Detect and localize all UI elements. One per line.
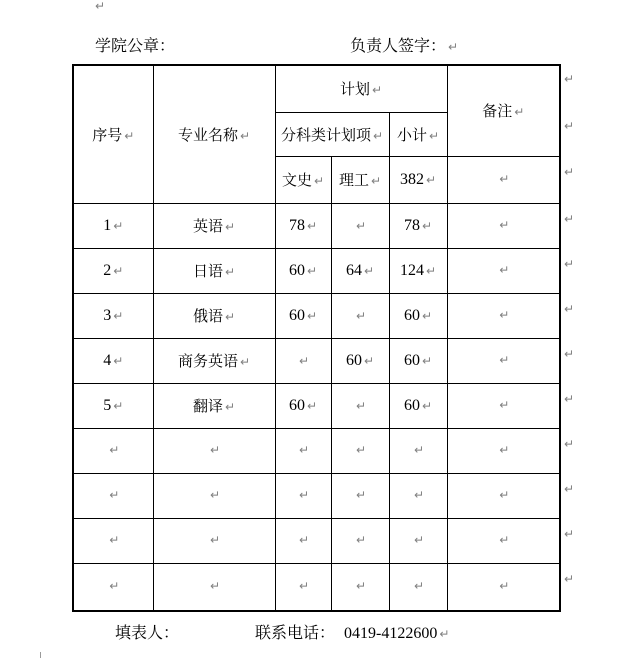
header-cell-no[interactable]: 序号↵: [73, 65, 153, 203]
paragraph-mark: ↵: [422, 399, 432, 413]
paragraph-mark: ↵: [414, 488, 424, 502]
no-value: 3: [103, 307, 111, 324]
paragraph-mark: ↵: [210, 579, 220, 593]
cell-no[interactable]: ↵: [73, 473, 153, 518]
paragraph-mark: ↵: [307, 219, 317, 233]
cell-arts[interactable]: ↵: [275, 518, 331, 563]
cell-major[interactable]: 英语↵: [153, 203, 275, 248]
col-arts-label: 文史: [282, 173, 312, 189]
paragraph-mark: ↵: [356, 443, 366, 457]
cell-subtotal[interactable]: 60↵: [389, 293, 447, 338]
header-cell-remark[interactable]: 备注↵: [447, 65, 560, 156]
header-cell-science[interactable]: 理工↵: [331, 156, 389, 203]
major-value: 翻译: [193, 399, 223, 415]
col-subplan-label: 分科类计划项: [281, 128, 371, 144]
cell-remark[interactable]: ↵: [447, 293, 560, 338]
cell-no[interactable]: 2↵: [73, 248, 153, 293]
cell-subtotal[interactable]: 60↵: [389, 383, 447, 428]
cell-remark[interactable]: ↵: [447, 563, 560, 611]
paragraph-mark: ↵: [422, 309, 432, 323]
paragraph-mark: ↵: [499, 443, 509, 457]
cell-science[interactable]: ↵: [331, 428, 389, 473]
col-remark-label: 备注: [482, 104, 512, 120]
paragraph-mark: ↵: [356, 219, 366, 233]
footer-phone-label: 联系电话：: [255, 625, 335, 642]
paragraph-mark: ↵: [299, 579, 309, 593]
paragraph-mark: ↵: [225, 400, 235, 414]
cell-no[interactable]: 5↵: [73, 383, 153, 428]
no-value: 1: [103, 217, 111, 234]
table-row: 1↵ 英语↵ 78↵ ↵ 78↵ ↵: [73, 203, 560, 248]
cell-subtotal[interactable]: ↵: [389, 473, 447, 518]
subtotal-value: 78: [404, 217, 420, 234]
paragraph-mark: ↵: [307, 264, 317, 278]
cell-major[interactable]: ↵: [153, 518, 275, 563]
table-row-empty: ↵ ↵ ↵ ↵ ↵ ↵: [73, 518, 560, 563]
header-cell-major[interactable]: 专业名称↵: [153, 65, 275, 203]
paragraph-mark: ↵: [314, 174, 324, 188]
cell-arts[interactable]: ↵: [275, 563, 331, 611]
cell-arts[interactable]: 78↵: [275, 203, 331, 248]
subtotal-value: 60: [404, 397, 420, 414]
paragraph-mark: ↵: [414, 579, 424, 593]
row-end-mark: ↵: [564, 166, 574, 178]
paragraph-mark: ↵: [499, 172, 509, 186]
paragraph-mark: ↵: [514, 105, 524, 119]
major-value: 俄语: [193, 309, 223, 325]
paragraph-mark: ↵: [113, 309, 123, 323]
cell-no[interactable]: ↵: [73, 518, 153, 563]
paragraph-mark: ↵: [356, 309, 366, 323]
enrollment-plan-table: 序号↵ 专业名称↵ 计划↵ 备注↵ 分科类计划项↵ 小计↵ 文史↵ 理工↵ 38…: [72, 64, 561, 612]
paragraph-mark: ↵: [414, 533, 424, 547]
paragraph-mark: ↵: [307, 399, 317, 413]
header-cell-arts[interactable]: 文史↵: [275, 156, 331, 203]
cell-subtotal[interactable]: 60↵: [389, 338, 447, 383]
row-end-mark: ↵: [564, 573, 574, 585]
paragraph-mark: ↵: [299, 443, 309, 457]
cell-arts[interactable]: ↵: [275, 428, 331, 473]
paragraph-mark: ↵: [225, 265, 235, 279]
cell-no[interactable]: 1↵: [73, 203, 153, 248]
paragraph-mark: ↵: [113, 354, 123, 368]
paragraph-mark: ↵: [299, 354, 309, 368]
row-end-mark: ↵: [564, 73, 574, 85]
paragraph-mark: ↵: [113, 219, 123, 233]
cell-subtotal[interactable]: ↵: [389, 518, 447, 563]
cell-science[interactable]: ↵: [331, 293, 389, 338]
paragraph-mark: ↵: [307, 309, 317, 323]
paragraph-mark: ↵: [210, 488, 220, 502]
footer-line[interactable]: 填表人： 联系电话：0419-4122600↵: [0, 620, 618, 642]
cell-major[interactable]: 翻译↵: [153, 383, 275, 428]
col-no-label: 序号: [92, 128, 122, 144]
cell-science[interactable]: ↵: [331, 518, 389, 563]
paragraph-mark: ↵: [499, 353, 509, 367]
cell-no[interactable]: ↵: [73, 428, 153, 473]
arts-value: 60: [289, 307, 305, 324]
paragraph-mark: ↵: [356, 399, 366, 413]
paragraph-mark: ↵: [210, 443, 220, 457]
cell-no[interactable]: 3↵: [73, 293, 153, 338]
document-page: ↵ 学院公章： 负责人签字：↵ 序号↵ 专业名称↵ 计划↵ 备注↵ 分科类计划项…: [0, 0, 618, 663]
row-end-mark: ↵: [564, 438, 574, 450]
col-science-label: 理工: [339, 173, 369, 189]
paragraph-mark: ↵: [414, 443, 424, 457]
paragraph-mark: ↵: [426, 173, 436, 187]
table-row: 5↵ 翻译↵ 60↵ ↵ 60↵ ↵: [73, 383, 560, 428]
paragraph-mark: ↵: [109, 488, 119, 502]
major-value: 英语: [193, 219, 223, 235]
table-row: 4↵ 商务英语↵ ↵ 60↵ 60↵ ↵: [73, 338, 560, 383]
cell-remark[interactable]: ↵: [447, 203, 560, 248]
paragraph-mark: ↵: [225, 310, 235, 324]
paragraph-mark: ↵: [439, 627, 449, 641]
header-cell-plan-total[interactable]: 382↵: [389, 156, 447, 203]
seal-label: 学院公章：: [95, 33, 175, 56]
cell-subtotal[interactable]: 124↵: [389, 248, 447, 293]
cell-remark[interactable]: ↵: [447, 428, 560, 473]
paragraph-mark: ↵: [109, 579, 119, 593]
no-value: 2: [103, 262, 111, 279]
arts-value: 60: [289, 397, 305, 414]
table-row-empty: ↵ ↵ ↵ ↵ ↵ ↵: [73, 563, 560, 611]
cell-no[interactable]: ↵: [73, 563, 153, 611]
cell-arts[interactable]: 60↵: [275, 383, 331, 428]
cell-science[interactable]: 60↵: [331, 338, 389, 383]
col-subtotal-label: 小计: [397, 128, 427, 144]
paragraph-mark: ↵: [422, 219, 432, 233]
cell-major[interactable]: ↵: [153, 428, 275, 473]
cell-subtotal[interactable]: ↵: [389, 428, 447, 473]
cell-science[interactable]: ↵: [331, 563, 389, 611]
paragraph-mark: ↵: [373, 129, 383, 143]
arts-value: 60: [289, 262, 305, 279]
subtotal-value: 60: [404, 307, 420, 324]
science-value: 64: [346, 262, 362, 279]
row-end-mark: ↵: [564, 213, 574, 225]
cell-science[interactable]: ↵: [331, 473, 389, 518]
paragraph-mark: ↵: [124, 129, 134, 143]
paragraph-mark: ↵: [109, 533, 119, 547]
cell-remark[interactable]: ↵: [447, 383, 560, 428]
sign-label: 负责人签字：↵: [350, 33, 458, 56]
paragraph-mark: ↵: [109, 443, 119, 457]
paragraph-mark: ↵: [422, 354, 432, 368]
paragraph-mark: ↵: [364, 354, 374, 368]
paragraph-mark: ↵: [210, 533, 220, 547]
header-cell-subtotal[interactable]: 小计↵: [389, 112, 447, 156]
row-end-mark: ↵: [564, 258, 574, 270]
paragraph-mark: ↵: [499, 579, 509, 593]
footer-phone-number: 0419-4122600: [344, 625, 437, 642]
text-boundary-mark: [40, 652, 41, 658]
paragraph-mark: ↵: [499, 263, 509, 277]
table-row: 3↵ 俄语↵ 60↵ ↵ 60↵ ↵: [73, 293, 560, 338]
cell-arts[interactable]: 60↵: [275, 248, 331, 293]
paragraph-mark: ↵: [429, 129, 439, 143]
paragraph-mark: ↵: [356, 533, 366, 547]
no-value: 4: [103, 352, 111, 369]
cell-science[interactable]: ↵: [331, 203, 389, 248]
row-end-mark: ↵: [564, 393, 574, 405]
paragraph-mark: ↵: [426, 264, 436, 278]
col-major-label: 专业名称: [178, 128, 238, 144]
major-value: 日语: [193, 264, 223, 280]
cell-major[interactable]: ↵: [153, 563, 275, 611]
cell-science[interactable]: 64↵: [331, 248, 389, 293]
arts-value: 78: [289, 217, 305, 234]
paragraph-mark: ↵: [240, 355, 250, 369]
cell-remark[interactable]: ↵: [447, 518, 560, 563]
sign-label-text: 负责人签字：: [350, 38, 446, 55]
paragraph-mark: ↵: [299, 533, 309, 547]
footer-phone: 联系电话：0419-4122600↵: [255, 620, 449, 643]
header-line[interactable]: 学院公章： 负责人签字：↵: [0, 33, 618, 55]
cell-major[interactable]: ↵: [153, 473, 275, 518]
row-end-mark: ↵: [564, 528, 574, 540]
footer-filler-label: 填表人：: [115, 620, 179, 643]
cell-subtotal[interactable]: ↵: [389, 563, 447, 611]
paragraph-mark: ↵: [240, 129, 250, 143]
cell-arts[interactable]: ↵: [275, 338, 331, 383]
cell-no[interactable]: 4↵: [73, 338, 153, 383]
cell-major[interactable]: 俄语↵: [153, 293, 275, 338]
science-value: 60: [346, 352, 362, 369]
paragraph-mark: ↵: [371, 174, 381, 188]
cell-arts[interactable]: 60↵: [275, 293, 331, 338]
table-row-empty: ↵ ↵ ↵ ↵ ↵ ↵: [73, 473, 560, 518]
paragraph-mark: ↵: [499, 218, 509, 232]
row-end-mark: ↵: [564, 303, 574, 315]
paragraph-mark: ↵: [499, 533, 509, 547]
no-value: 5: [103, 397, 111, 414]
col-plan-label: 计划: [340, 82, 370, 98]
paragraph-mark: ↵: [499, 308, 509, 322]
paragraph-mark: ↵: [356, 488, 366, 502]
paragraph-mark: ↵: [113, 264, 123, 278]
cell-major[interactable]: 日语↵: [153, 248, 275, 293]
header-cell-plan[interactable]: 计划↵: [275, 65, 447, 112]
paragraph-mark: ↵: [113, 399, 123, 413]
row-end-mark: ↵: [564, 348, 574, 360]
table-row: 2↵ 日语↵ 60↵ 64↵ 124↵ ↵: [73, 248, 560, 293]
paragraph-mark: ↵: [225, 220, 235, 234]
cell-remark[interactable]: ↵: [447, 338, 560, 383]
paragraph-mark: ↵: [299, 488, 309, 502]
header-cell-remark-sub[interactable]: ↵: [447, 156, 560, 203]
cell-arts[interactable]: ↵: [275, 473, 331, 518]
plan-total-value: 382: [400, 171, 424, 188]
paragraph-mark: ↵: [95, 0, 105, 12]
cell-major[interactable]: 商务英语↵: [153, 338, 275, 383]
row-end-mark: ↵: [564, 120, 574, 132]
cell-remark[interactable]: ↵: [447, 248, 560, 293]
cell-science[interactable]: ↵: [331, 383, 389, 428]
cell-remark[interactable]: ↵: [447, 473, 560, 518]
major-value: 商务英语: [178, 354, 238, 370]
paragraph-mark: ↵: [364, 264, 374, 278]
paragraph-mark: ↵: [356, 579, 366, 593]
table-row-empty: ↵ ↵ ↵ ↵ ↵ ↵: [73, 428, 560, 473]
header-cell-subplan[interactable]: 分科类计划项↵: [275, 112, 389, 156]
subtotal-value: 124: [400, 262, 424, 279]
paragraph-mark: ↵: [448, 40, 458, 54]
row-end-mark: ↵: [564, 483, 574, 495]
paragraph-mark: ↵: [499, 488, 509, 502]
subtotal-value: 60: [404, 352, 420, 369]
cell-subtotal[interactable]: 78↵: [389, 203, 447, 248]
paragraph-mark: ↵: [372, 83, 382, 97]
paragraph-mark: ↵: [499, 398, 509, 412]
